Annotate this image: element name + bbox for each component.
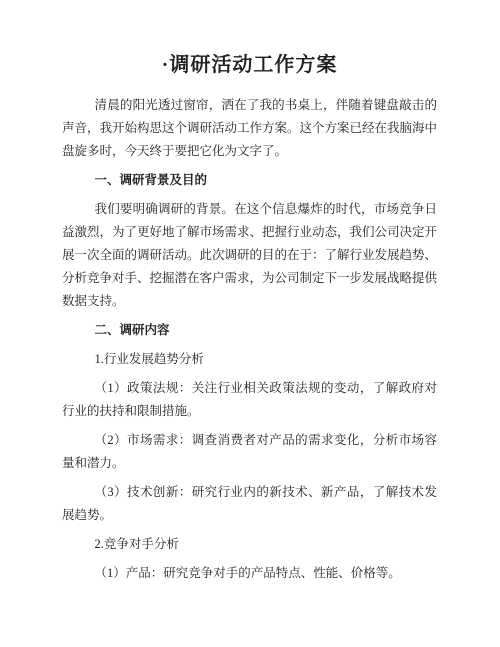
market-demand-paragraph: （2）市场需求：调查消费者对产品的需求变化，分析市场容量和潜力。 — [62, 429, 437, 475]
competitor-product-paragraph: （1）产品：研究竞争对手的产品特点、性能、价格等。 — [62, 562, 437, 585]
tech-innovation-paragraph: （3）技术创新：研究行业内的新技术、新产品，了解技术发展趋势。 — [62, 481, 437, 527]
document-page: ·调研活动工作方案 清晨的阳光透过窗帘，洒在了我的书桌上，伴随着键盘敲击的声音，… — [0, 0, 500, 647]
numbered-item-industry-trend-analysis: 1.行业发展趋势分析 — [62, 348, 437, 371]
section-heading-research-content: 二、调研内容 — [62, 319, 437, 342]
policy-regulation-paragraph: （1）政策法规：关注行业相关政策法规的变动，了解政府对行业的扶持和限制措施。 — [62, 377, 437, 423]
numbered-item-competitor-analysis: 2.竞争对手分析 — [62, 533, 437, 556]
background-purpose-paragraph: 我们要明确调研的背景。在这个信息爆炸的时代，市场竞争日益激烈，为了更好地了解市场… — [62, 198, 437, 313]
section-heading-background-purpose: 一、调研背景及目的 — [62, 169, 437, 192]
intro-paragraph: 清晨的阳光透过窗帘，洒在了我的书桌上，伴随着键盘敲击的声音，我开始构思这个调研活… — [62, 94, 437, 163]
document-title: ·调研活动工作方案 — [62, 48, 437, 82]
